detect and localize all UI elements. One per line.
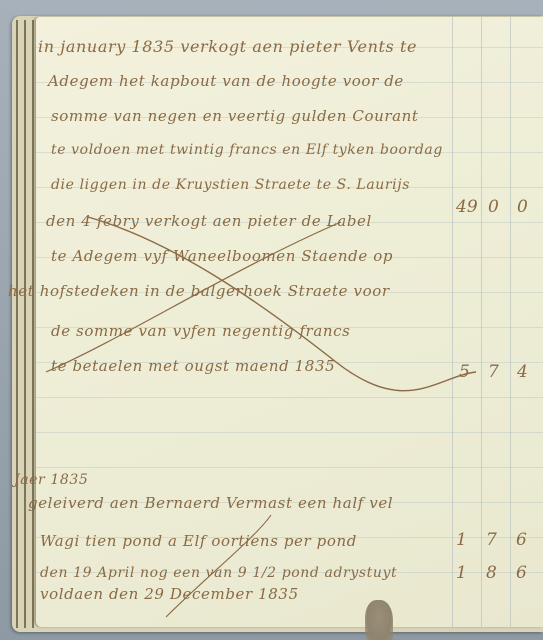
entry-2-amount-guilders: 5 [459,362,470,382]
entry-3-line-4: voldaen den 29 December 1835 [40,585,299,603]
entry-2-line-2: te Adegem vyf Waneelboomen Staende op [51,247,393,265]
entry-2-line-4: de somme van vyfen negentig francs [51,322,350,340]
entry-2-line-1: den 4 febry verkogt aen pieter de Label [46,212,372,230]
entry-2-amount-stuivers: 7 [488,362,499,382]
entry-1-amount-stuivers: 0 [488,197,499,217]
entry-3-heading: Jaer 1835 [14,472,88,488]
entry-1-line-5: die liggen in de Kruystien Straete te S.… [51,177,410,193]
column-rule [481,17,482,627]
ruled-line [36,467,543,468]
ink-stain [365,600,393,640]
page-edge-layer [24,20,26,628]
entry-3-amount-2-guilders: 1 [456,563,467,583]
entry-2-line-5: te betaelen met ougst maend 1835 [51,357,335,375]
entry-3-amount-1-guilders: 1 [456,530,467,550]
page-edge-layer [32,20,34,628]
ruled-line [36,397,543,398]
entry-1-line-2: Adegem het kapbout van de hoogte voor de [48,72,404,90]
page-edge-layer [16,20,18,628]
entry-1-amount-pence: 0 [517,197,528,217]
entry-3-amount-2-stuivers: 8 [486,563,497,583]
entry-3-line-2: Wagi tien pond a Elf oortiens per pond [40,532,357,550]
ledger-page: in january 1835 verkogt aen pieter Vents… [36,17,543,627]
entry-2-amount-pence: 4 [517,362,528,382]
entry-3-amount-1-pence: 6 [516,530,527,550]
ruled-line [36,432,543,433]
entry-2-line-3: het hofstedeken in de balgerhoek Straete… [8,282,390,300]
entry-3-line-1: geleiverd aen Bernaerd Vermast een half … [28,494,393,512]
column-rule [510,17,511,627]
entry-1-line-3: somme van negen en veertig gulden Couran… [51,107,419,125]
entry-3-amount-2-pence: 6 [516,563,527,583]
entry-1-line-4: te voldoen met twintig francs en Elf tyk… [51,142,443,158]
entry-1-line-1: in january 1835 verkogt aen pieter Vents… [38,37,417,56]
entry-3-amount-1-stuivers: 7 [486,530,497,550]
column-rule [452,17,453,627]
entry-3-line-3: den 19 April nog een van 9 1/2 pond adry… [40,565,397,581]
entry-1-amount-guilders: 49 [456,197,478,217]
